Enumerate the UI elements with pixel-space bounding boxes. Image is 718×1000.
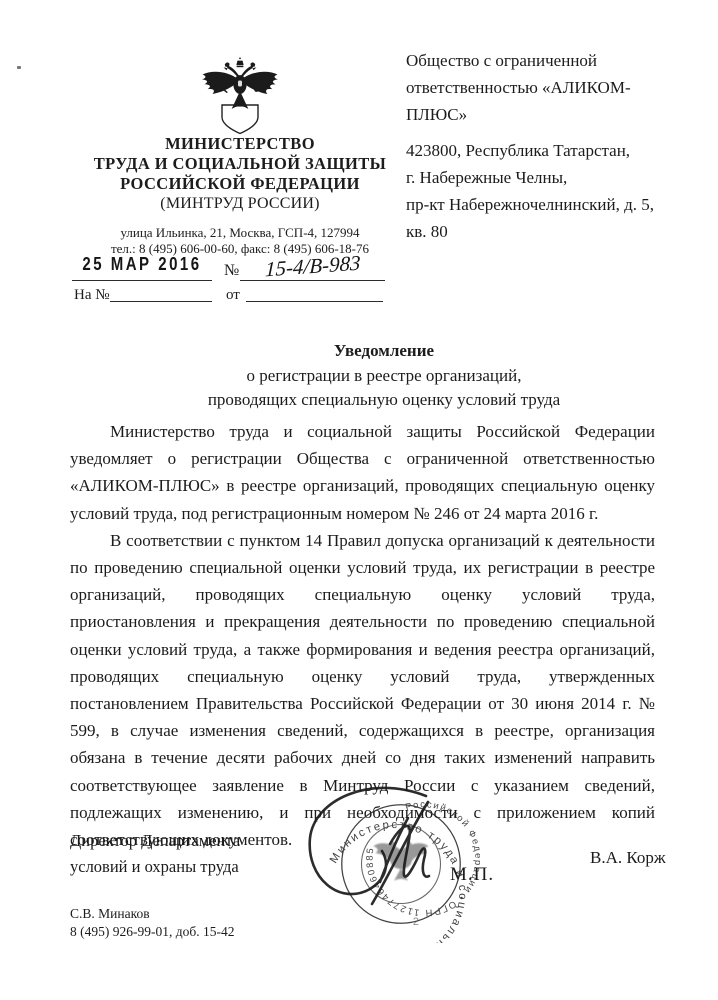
signer-position-line2: условий и охраны труда	[70, 854, 320, 880]
signer-position-line1: Директор Департамента	[70, 828, 320, 854]
recipient-name-line: Общество с ограниченной	[406, 47, 698, 74]
date-field: 25 МАР 2016	[72, 256, 212, 281]
ministry-name-line: РОССИЙСКОЙ ФЕДЕРАЦИИ	[78, 174, 402, 194]
document-title: Уведомление о регистрации в реестре орга…	[114, 339, 654, 413]
executor-block: С.В. Минаков 8 (495) 926-99-01, доб. 15-…	[70, 905, 370, 940]
in-reply-to-blank	[110, 285, 212, 302]
from-date-label: от	[226, 287, 240, 304]
executor-phone: 8 (495) 926-99-01, доб. 15-42	[70, 923, 370, 941]
ministry-short-name: (МИНТРУД РОССИИ)	[78, 194, 402, 214]
date-stamp: 25 МАР 2016	[82, 254, 201, 275]
recipient-name-line: ПЛЮС»	[406, 101, 698, 128]
handwritten-number: 15-4/В-983	[264, 253, 360, 280]
number-field: 15-4/В-983	[240, 256, 385, 281]
recipient-address-line: 423800, Республика Татарстан,	[406, 137, 698, 164]
body-paragraph-1: Министерство труда и социальной защиты Р…	[70, 418, 655, 527]
title-line1: Уведомление	[114, 339, 654, 364]
ministry-name-line: МИНИСТЕРСТВО	[78, 134, 402, 154]
sender-ministry-name: МИНИСТЕРСТВО ТРУДА И СОЦИАЛЬНОЙ ЗАЩИТЫ Р…	[78, 134, 402, 214]
recipient-block: Общество с ограниченной ответственностью…	[406, 47, 698, 245]
signer-name: В.А. Корж	[590, 848, 666, 868]
ministry-name-line: ТРУДА И СОЦИАЛЬНОЙ ЗАЩИТЫ	[78, 154, 402, 174]
recipient-name-line: ответственностью «АЛИКОМ-	[406, 74, 698, 101]
title-line2: о регистрации в реестре организаций,	[114, 364, 654, 389]
in-reply-to-label: На №	[74, 287, 110, 304]
sender-address-line1: улица Ильинка, 21, Москва, ГСП-4, 127994	[78, 225, 402, 241]
from-date-blank	[246, 285, 383, 302]
recipient-address-line: кв. 80	[406, 218, 698, 245]
number-label: №	[224, 262, 239, 280]
russia-coat-of-arms-icon	[193, 56, 287, 136]
signer-position: Директор Департамента условий и охраны т…	[70, 828, 320, 880]
title-line3: проводящих специальную оценку условий тр…	[114, 388, 654, 413]
executor-name: С.В. Минаков	[70, 905, 370, 923]
scanned-letter-page: МИНИСТЕРСТВО ТРУДА И СОЦИАЛЬНОЙ ЗАЩИТЫ Р…	[0, 0, 718, 1000]
seal-place-mark: М.П.	[450, 864, 494, 886]
recipient-address-line: пр-кт Набережночелнинский, д. 5,	[406, 191, 698, 218]
scan-speck	[17, 66, 21, 69]
recipient-address-line: г. Набережные Челны,	[406, 164, 698, 191]
